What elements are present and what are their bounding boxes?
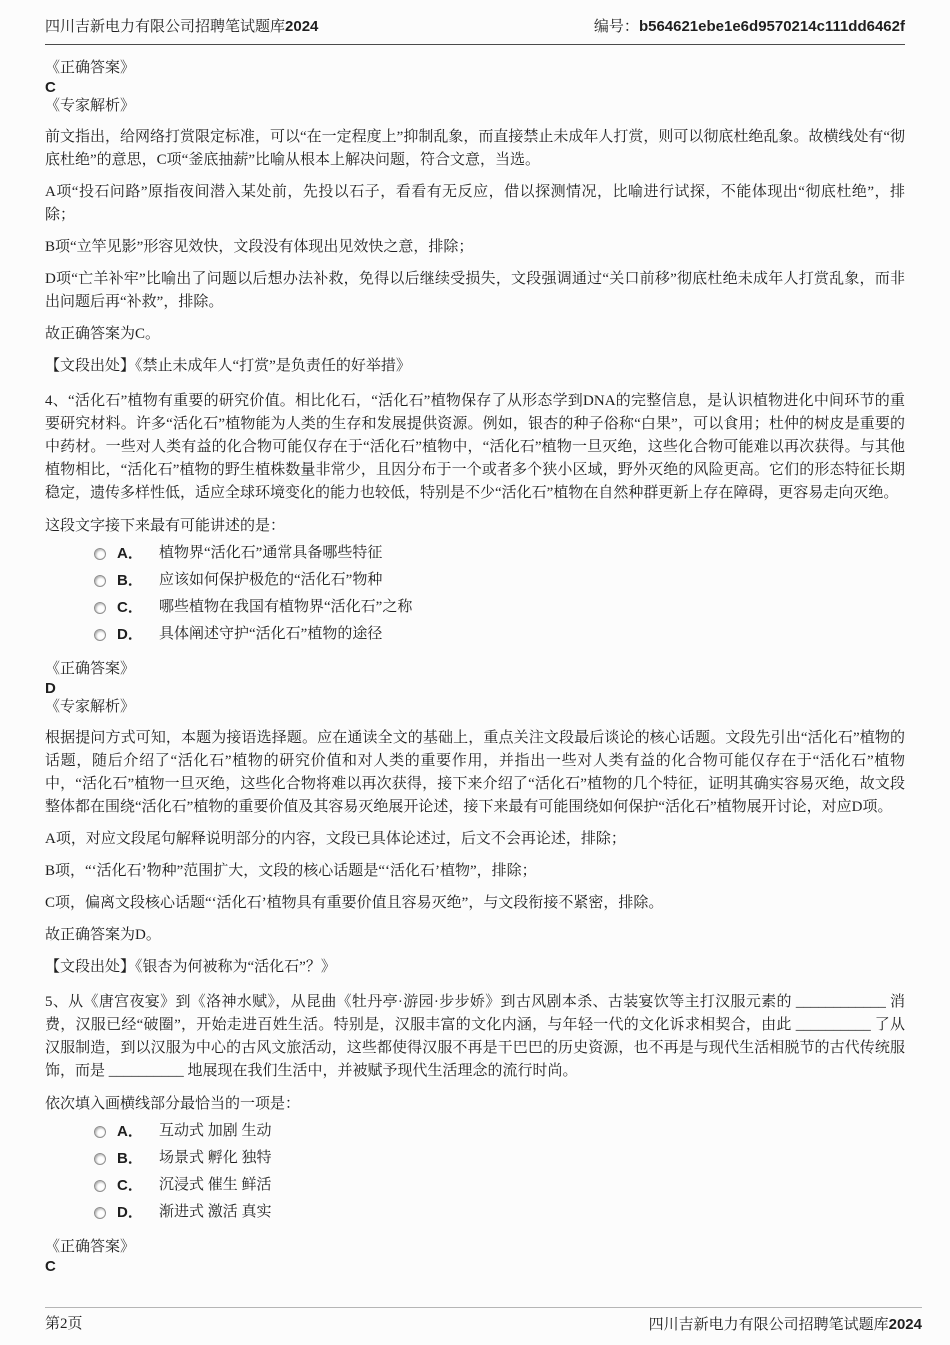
option-text: 渐进式 激活 真实	[159, 1201, 272, 1224]
answer-value: C	[45, 1257, 905, 1276]
passage-source: 【文段出处】《银杏为何被称为“活化石”？》	[45, 956, 905, 979]
option-letter: C．	[117, 596, 149, 619]
option-text: 应该如何保护极危的“活化石”物种	[159, 569, 382, 592]
radio-button-icon[interactable]	[94, 1153, 106, 1165]
option-c[interactable]: C． 哪些植物在我国有植物界“活化石”之称	[45, 596, 905, 619]
document-number: 编号：b564621ebe1e6d9570214c111dd6462f	[594, 15, 905, 39]
header-title: 四川吉新电力有限公司招聘笔试题库2024	[45, 15, 318, 39]
analysis-paragraph: D项“亡羊补牢”比喻出了问题以后想办法补救，免得以后继续受损失，文段强调通过“关…	[45, 268, 905, 314]
analysis-paragraph: C项，偏离文段核心话题“‘活化石’植物具有重要价值且容易灭绝”，与文段衔接不紧密…	[45, 892, 905, 915]
analysis-paragraph: 根据提问方式可知，本题为接语选择题。应在通读全文的基础上，重点关注文段最后谈论的…	[45, 727, 905, 819]
document-page: { "header": { "title_text": "四川吉新电力有限公司招…	[0, 0, 950, 1345]
option-b[interactable]: B． 场景式 孵化 独特	[45, 1147, 905, 1170]
analysis-paragraph: A项“投石问路”原指夜间潜入某处前，先投以石子，看看有无反应，借以探测情况，比喻…	[45, 181, 905, 227]
option-a[interactable]: A． 互动式 加剧 生动	[45, 1120, 905, 1143]
option-d[interactable]: D． 渐进式 激活 真实	[45, 1201, 905, 1224]
option-a[interactable]: A． 植物界“活化石”通常具备哪些特征	[45, 542, 905, 565]
answer-value: C	[45, 78, 905, 97]
footer-title: 四川吉新电力有限公司招聘笔试题库2024	[649, 1313, 922, 1337]
option-letter: B．	[117, 1147, 149, 1170]
analysis-label: 《专家解析》	[45, 97, 905, 116]
header-title-text: 四川吉新电力有限公司招聘笔试题库	[45, 19, 285, 35]
option-text: 植物界“活化石”通常具备哪些特征	[159, 542, 382, 565]
option-letter: D．	[117, 1201, 149, 1224]
options-group: A． 植物界“活化石”通常具备哪些特征 B． 应该如何保护极危的“活化石”物种 …	[45, 542, 905, 646]
document-number-label: 编号：	[594, 19, 639, 35]
radio-button-icon[interactable]	[94, 1180, 106, 1192]
analysis-conclusion: 故正确答案为C。	[45, 323, 905, 346]
radio-button-icon[interactable]	[94, 575, 106, 587]
page-number: 第2页	[45, 1313, 83, 1337]
footer-title-text: 四川吉新电力有限公司招聘笔试题库	[649, 1317, 889, 1333]
document-body: 四川吉新电力有限公司招聘笔试题库2024 编号：b564621ebe1e6d95…	[0, 0, 950, 1276]
question-stem: 4、“活化石”植物有重要的研究价值。相比化石，“活化石”植物保存了从形态学到DN…	[45, 390, 905, 505]
document-number-value: b564621ebe1e6d9570214c111dd6462f	[639, 18, 905, 35]
option-d[interactable]: D． 具体阐述守护“活化石”植物的途径	[45, 623, 905, 646]
option-text: 沉浸式 催生 鲜活	[159, 1174, 272, 1197]
page-footer: 第2页 四川吉新电力有限公司招聘笔试题库2024	[45, 1307, 922, 1337]
analysis-conclusion: 故正确答案为D。	[45, 924, 905, 947]
footer-title-year: 2024	[889, 1316, 922, 1333]
radio-button-icon[interactable]	[94, 548, 106, 560]
analysis-paragraph: B项，“‘活化石’物种”范围扩大，文段的核心话题是“‘活化石’植物”，排除；	[45, 860, 905, 883]
analysis-label: 《专家解析》	[45, 698, 905, 717]
option-text: 场景式 孵化 独特	[159, 1147, 272, 1170]
question-stem: 5、从《唐宫夜宴》到《洛神水赋》，从昆曲《牡丹亭·游园·步步娇》到古风剧本杀、古…	[45, 991, 905, 1083]
option-text: 哪些植物在我国有植物界“活化石”之称	[159, 596, 412, 619]
answer-label: 《正确答案》	[45, 660, 905, 679]
answer-label: 《正确答案》	[45, 1238, 905, 1257]
passage-source: 【文段出处】《禁止未成年人“打赏”是负责任的好举措》	[45, 355, 905, 378]
option-letter: B．	[117, 569, 149, 592]
analysis-paragraph: B项“立竿见影”形容见效快，文段没有体现出见效快之意，排除；	[45, 236, 905, 259]
radio-button-icon[interactable]	[94, 629, 106, 641]
question-prompt: 这段文字接下来最有可能讲述的是：	[45, 515, 905, 538]
question-4-block: 4、“活化石”植物有重要的研究价值。相比化石，“活化石”植物保存了从形态学到DN…	[45, 390, 905, 979]
option-c[interactable]: C． 沉浸式 催生 鲜活	[45, 1174, 905, 1197]
option-b[interactable]: B． 应该如何保护极危的“活化石”物种	[45, 569, 905, 592]
analysis-paragraph: A项，对应文段尾句解释说明部分的内容，文段已具体论述过，后文不会再论述，排除；	[45, 828, 905, 851]
page-header: 四川吉新电力有限公司招聘笔试题库2024 编号：b564621ebe1e6d95…	[45, 0, 905, 45]
prev-question-block: 《正确答案》 C 《专家解析》 前文指出，给网络打赏限定标准，可以“在一定程度上…	[45, 59, 905, 378]
option-letter: D．	[117, 623, 149, 646]
option-letter: A．	[117, 542, 149, 565]
answer-label: 《正确答案》	[45, 59, 905, 78]
radio-button-icon[interactable]	[94, 602, 106, 614]
answer-value: D	[45, 679, 905, 698]
header-title-year: 2024	[285, 18, 318, 35]
analysis-paragraph: 前文指出，给网络打赏限定标准，可以“在一定程度上”抑制乱象，而直接禁止未成年人打…	[45, 126, 905, 172]
radio-button-icon[interactable]	[94, 1207, 106, 1219]
option-letter: A．	[117, 1120, 149, 1143]
option-letter: C．	[117, 1174, 149, 1197]
question-5-block: 5、从《唐宫夜宴》到《洛神水赋》，从昆曲《牡丹亭·游园·步步娇》到古风剧本杀、古…	[45, 991, 905, 1276]
options-group: A． 互动式 加剧 生动 B． 场景式 孵化 独特 C． 沉浸式 催生 鲜活 D…	[45, 1120, 905, 1224]
option-text: 具体阐述守护“活化石”植物的途径	[159, 623, 382, 646]
question-prompt: 依次填入画横线部分最恰当的一项是：	[45, 1093, 905, 1116]
option-text: 互动式 加剧 生动	[159, 1120, 272, 1143]
radio-button-icon[interactable]	[94, 1126, 106, 1138]
